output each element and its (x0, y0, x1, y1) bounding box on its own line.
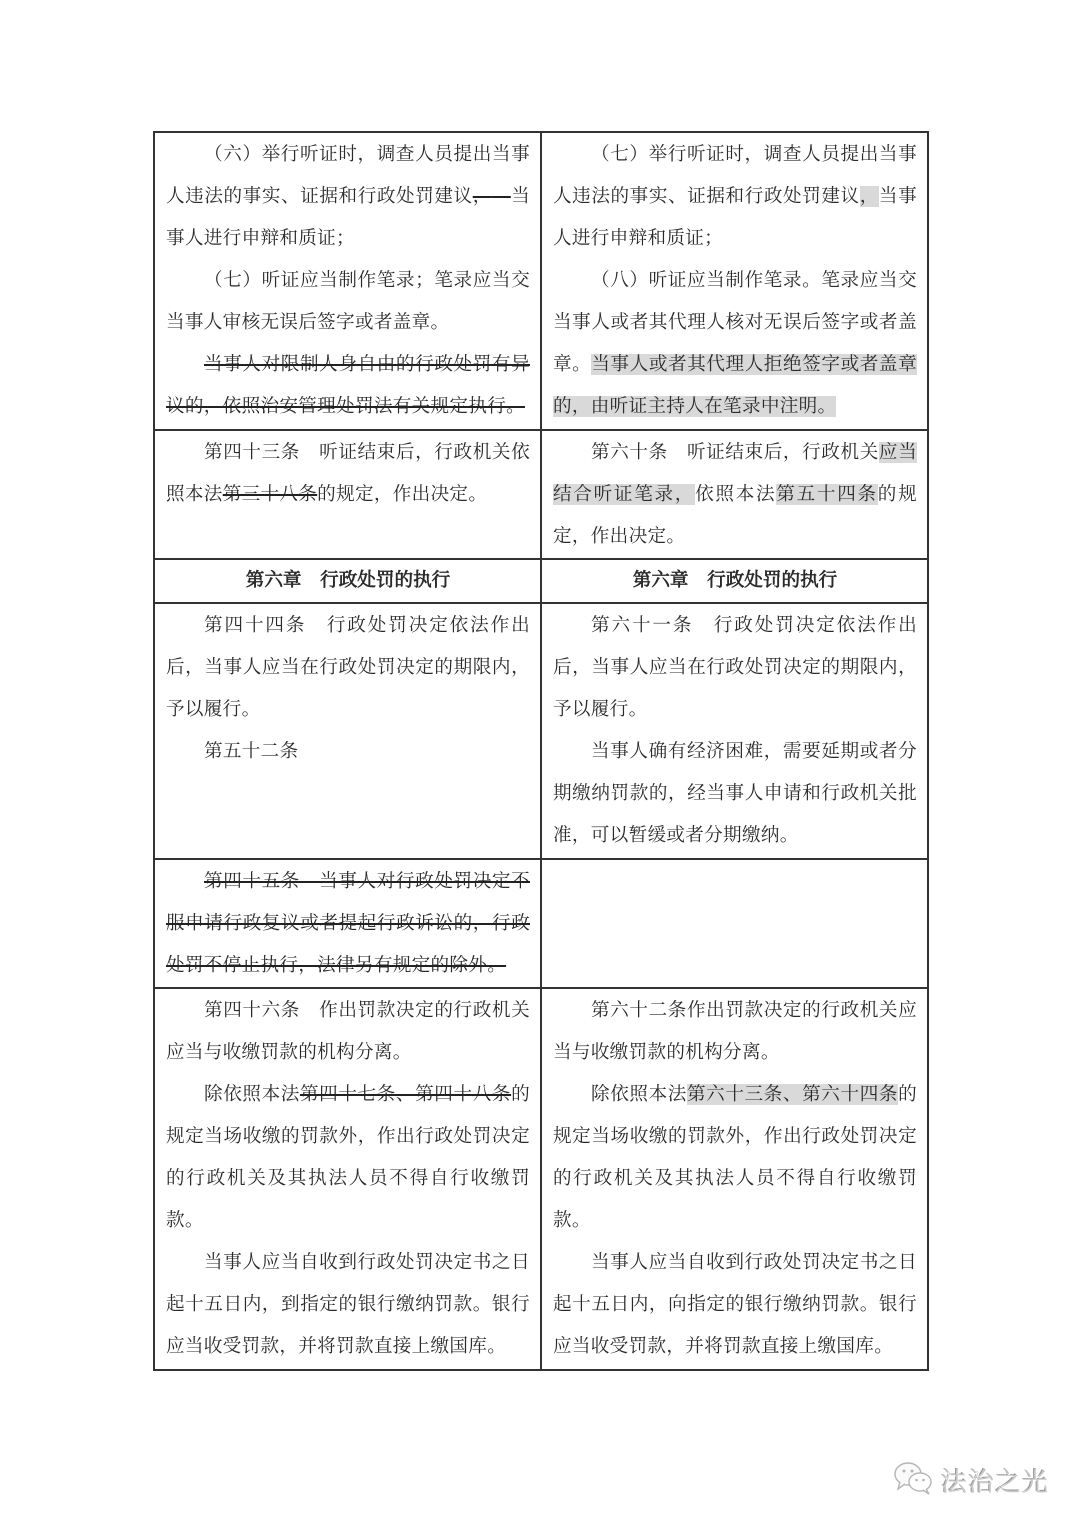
watermark: 法治之光 (893, 1460, 1049, 1500)
text-segment: 第六十一条 行政处罚决定依法作出后，当事人应当在行政处罚决定的期限内，予以履行。 (553, 615, 917, 720)
new-chapter-heading: 第六章 行政处罚的执行 (541, 559, 928, 603)
table-row: 第四十三条 听证结束后，行政机关依照本法第三十八条的规定，作出决定。 第六十条 … (154, 430, 928, 559)
deleted-text: 第四十五条 当事人对行政处罚决定不服申请行政复议或者提起行政诉讼的，行政处罚不停… (166, 871, 530, 976)
paragraph: 除依照本法第四十七条、第四十八条的规定当场收缴的罚款外，作出行政处罚决定的行政机… (166, 1074, 530, 1242)
table-row: （六）举行听证时，调查人员提出当事人违法的事实、证据和行政处罚建议，—当事人进行… (154, 132, 928, 430)
new-law-cell: 第六十条 听证结束后，行政机关应当结合听证笔录，依照本法第五十四条的规定，作出决… (541, 430, 928, 559)
old-law-cell: 第四十三条 听证结束后，行政机关依照本法第三十八条的规定，作出决定。 (154, 430, 541, 559)
chapter-title: 第六章 行政处罚的执行 (633, 570, 838, 591)
text-segment: 当事人确有经济困难，需要延期或者分期缴纳罚款的，经当事人申请和行政机关批准，可以… (553, 741, 917, 846)
old-chapter-heading: 第六章 行政处罚的执行 (154, 559, 541, 603)
text-segment: 第四十四条 行政处罚决定依法作出后，当事人应当在行政处罚决定的期限内，予以履行。 (166, 615, 530, 720)
paragraph: 第六十一条 行政处罚决定依法作出后，当事人应当在行政处罚决定的期限内，予以履行。 (553, 605, 917, 731)
old-law-cell: 第四十六条 作出罚款决定的行政机关应当与收缴罚款的机构分离。除依照本法第四十七条… (154, 988, 541, 1370)
paragraph: 当事人确有经济困难，需要延期或者分期缴纳罚款的，经当事人申请和行政机关批准，可以… (553, 731, 917, 857)
paragraph: 第四十四条 行政处罚决定依法作出后，当事人应当在行政处罚决定的期限内，予以履行。 (166, 605, 530, 731)
text-segment: 第六十条 听证结束后，行政机关 (591, 442, 879, 463)
text-segment: 的规定当场收缴的罚款外，作出行政处罚决定的行政机关及其执法人员不得自行收缴罚款。 (553, 1084, 917, 1231)
deleted-text: 第四十七条、第四十八条 (300, 1084, 511, 1105)
paragraph: 第四十三条 听证结束后，行政机关依照本法第三十八条的规定，作出决定。 (166, 432, 530, 516)
text-segment: 当事人应当自收到行政处罚决定书之日起十五日内，到指定的银行缴纳罚款。银行应当收受… (166, 1252, 530, 1357)
new-law-cell: 第六十二条作出罚款决定的行政机关应当与收缴罚款的机构分离。除依照本法第六十三条、… (541, 988, 928, 1370)
text-segment: 第六十二条作出罚款决定的行政机关应当与收缴罚款的机构分离。 (553, 1000, 917, 1063)
paragraph: 第四十六条 作出罚款决定的行政机关应当与收缴罚款的机构分离。 (166, 990, 530, 1074)
text-segment: 第四十六条 作出罚款决定的行政机关应当与收缴罚款的机构分离。 (166, 1000, 530, 1063)
text-segment: 依照本法 (695, 484, 776, 505)
old-law-cell: 第四十四条 行政处罚决定依法作出后，当事人应当在行政处罚决定的期限内，予以履行。… (154, 603, 541, 859)
text-segment: 的规定当场收缴的罚款外，作出行政处罚决定的行政机关及其执法人员不得自行收缴罚款。 (166, 1084, 530, 1231)
text-segment: 第五十二条 (204, 741, 298, 762)
paragraph: 第六十二条作出罚款决定的行政机关应当与收缴罚款的机构分离。 (553, 990, 917, 1074)
paragraph: （七）举行听证时，调查人员提出当事人违法的事实、证据和行政处罚建议，当事人进行申… (553, 134, 917, 260)
added-text: 当事人或者其代理人拒绝签字或者盖章的，由听证主持人在笔录中注明。 (553, 354, 917, 417)
paragraph: 除依照本法第六十三条、第六十四条的规定当场收缴的罚款外，作出行政处罚决定的行政机… (553, 1074, 917, 1242)
paragraph: 第六十条 听证结束后，行政机关应当结合听证笔录，依照本法第五十四条的规定，作出决… (553, 432, 917, 558)
paragraph: （六）举行听证时，调查人员提出当事人违法的事实、证据和行政处罚建议，—当事人进行… (166, 134, 530, 260)
paragraph: （七）听证应当制作笔录；笔录应当交当事人审核无误后签字或者盖章。 (166, 260, 530, 344)
paragraph: 第四十五条 当事人对行政处罚决定不服申请行政复议或者提起行政诉讼的，行政处罚不停… (166, 861, 530, 987)
text-segment: 除依照本法 (204, 1084, 300, 1105)
text-segment: （七）听证应当制作笔录；笔录应当交当事人审核无误后签字或者盖章。 (166, 270, 530, 333)
chapter-heading-row: 第六章 行政处罚的执行 第六章 行政处罚的执行 (154, 559, 928, 603)
paragraph: 第五十二条 (166, 731, 530, 773)
chapter-title: 第六章 行政处罚的执行 (246, 570, 451, 591)
added-text: ， (860, 186, 879, 207)
old-law-cell: （六）举行听证时，调查人员提出当事人违法的事实、证据和行政处罚建议，—当事人进行… (154, 132, 541, 430)
new-law-cell (541, 859, 928, 988)
new-law-cell: （七）举行听证时，调查人员提出当事人违法的事实、证据和行政处罚建议，当事人进行申… (541, 132, 928, 430)
deleted-text: 当事人对限制人身自由的行政处罚有异议的，依照治安管理处罚法有关规定执行。 (166, 354, 530, 417)
deleted-text: — (492, 186, 511, 207)
text-segment: 除依照本法 (591, 1084, 687, 1105)
old-law-cell: 第四十五条 当事人对行政处罚决定不服申请行政复议或者提起行政诉讼的，行政处罚不停… (154, 859, 541, 988)
wechat-icon (893, 1460, 935, 1500)
new-law-cell: 第六十一条 行政处罚决定依法作出后，当事人应当在行政处罚决定的期限内，予以履行。… (541, 603, 928, 859)
paragraph: （八）听证应当制作笔录。笔录应当交当事人或者其代理人核对无误后签字或者盖章。当事… (553, 260, 917, 428)
added-text: 第五十四条 (776, 484, 878, 505)
added-text: 第六十三条、第六十四条 (687, 1084, 898, 1105)
table-row: 第四十四条 行政处罚决定依法作出后，当事人应当在行政处罚决定的期限内，予以履行。… (154, 603, 928, 859)
deleted-text: ， (473, 186, 492, 207)
text-segment: 的规定，作出决定。 (317, 484, 487, 505)
paragraph: 当事人对限制人身自由的行政处罚有异议的，依照治安管理处罚法有关规定执行。 (166, 344, 530, 428)
watermark-text: 法治之光 (941, 1462, 1049, 1499)
table-row: 第四十五条 当事人对行政处罚决定不服申请行政复议或者提起行政诉讼的，行政处罚不停… (154, 859, 928, 988)
paragraph: 当事人应当自收到行政处罚决定书之日起十五日内，向指定的银行缴纳罚款。银行应当收受… (553, 1242, 917, 1368)
text-segment: 当事人应当自收到行政处罚决定书之日起十五日内，向指定的银行缴纳罚款。银行应当收受… (553, 1252, 917, 1357)
table-row: 第四十六条 作出罚款决定的行政机关应当与收缴罚款的机构分离。除依照本法第四十七条… (154, 988, 928, 1370)
paragraph: 当事人应当自收到行政处罚决定书之日起十五日内，到指定的银行缴纳罚款。银行应当收受… (166, 1242, 530, 1368)
comparison-table: （六）举行听证时，调查人员提出当事人违法的事实、证据和行政处罚建议，—当事人进行… (153, 131, 929, 1371)
document-page: （六）举行听证时，调查人员提出当事人违法的事实、证据和行政处罚建议，—当事人进行… (0, 0, 1080, 1527)
deleted-text: 第三十八条 (223, 484, 317, 505)
